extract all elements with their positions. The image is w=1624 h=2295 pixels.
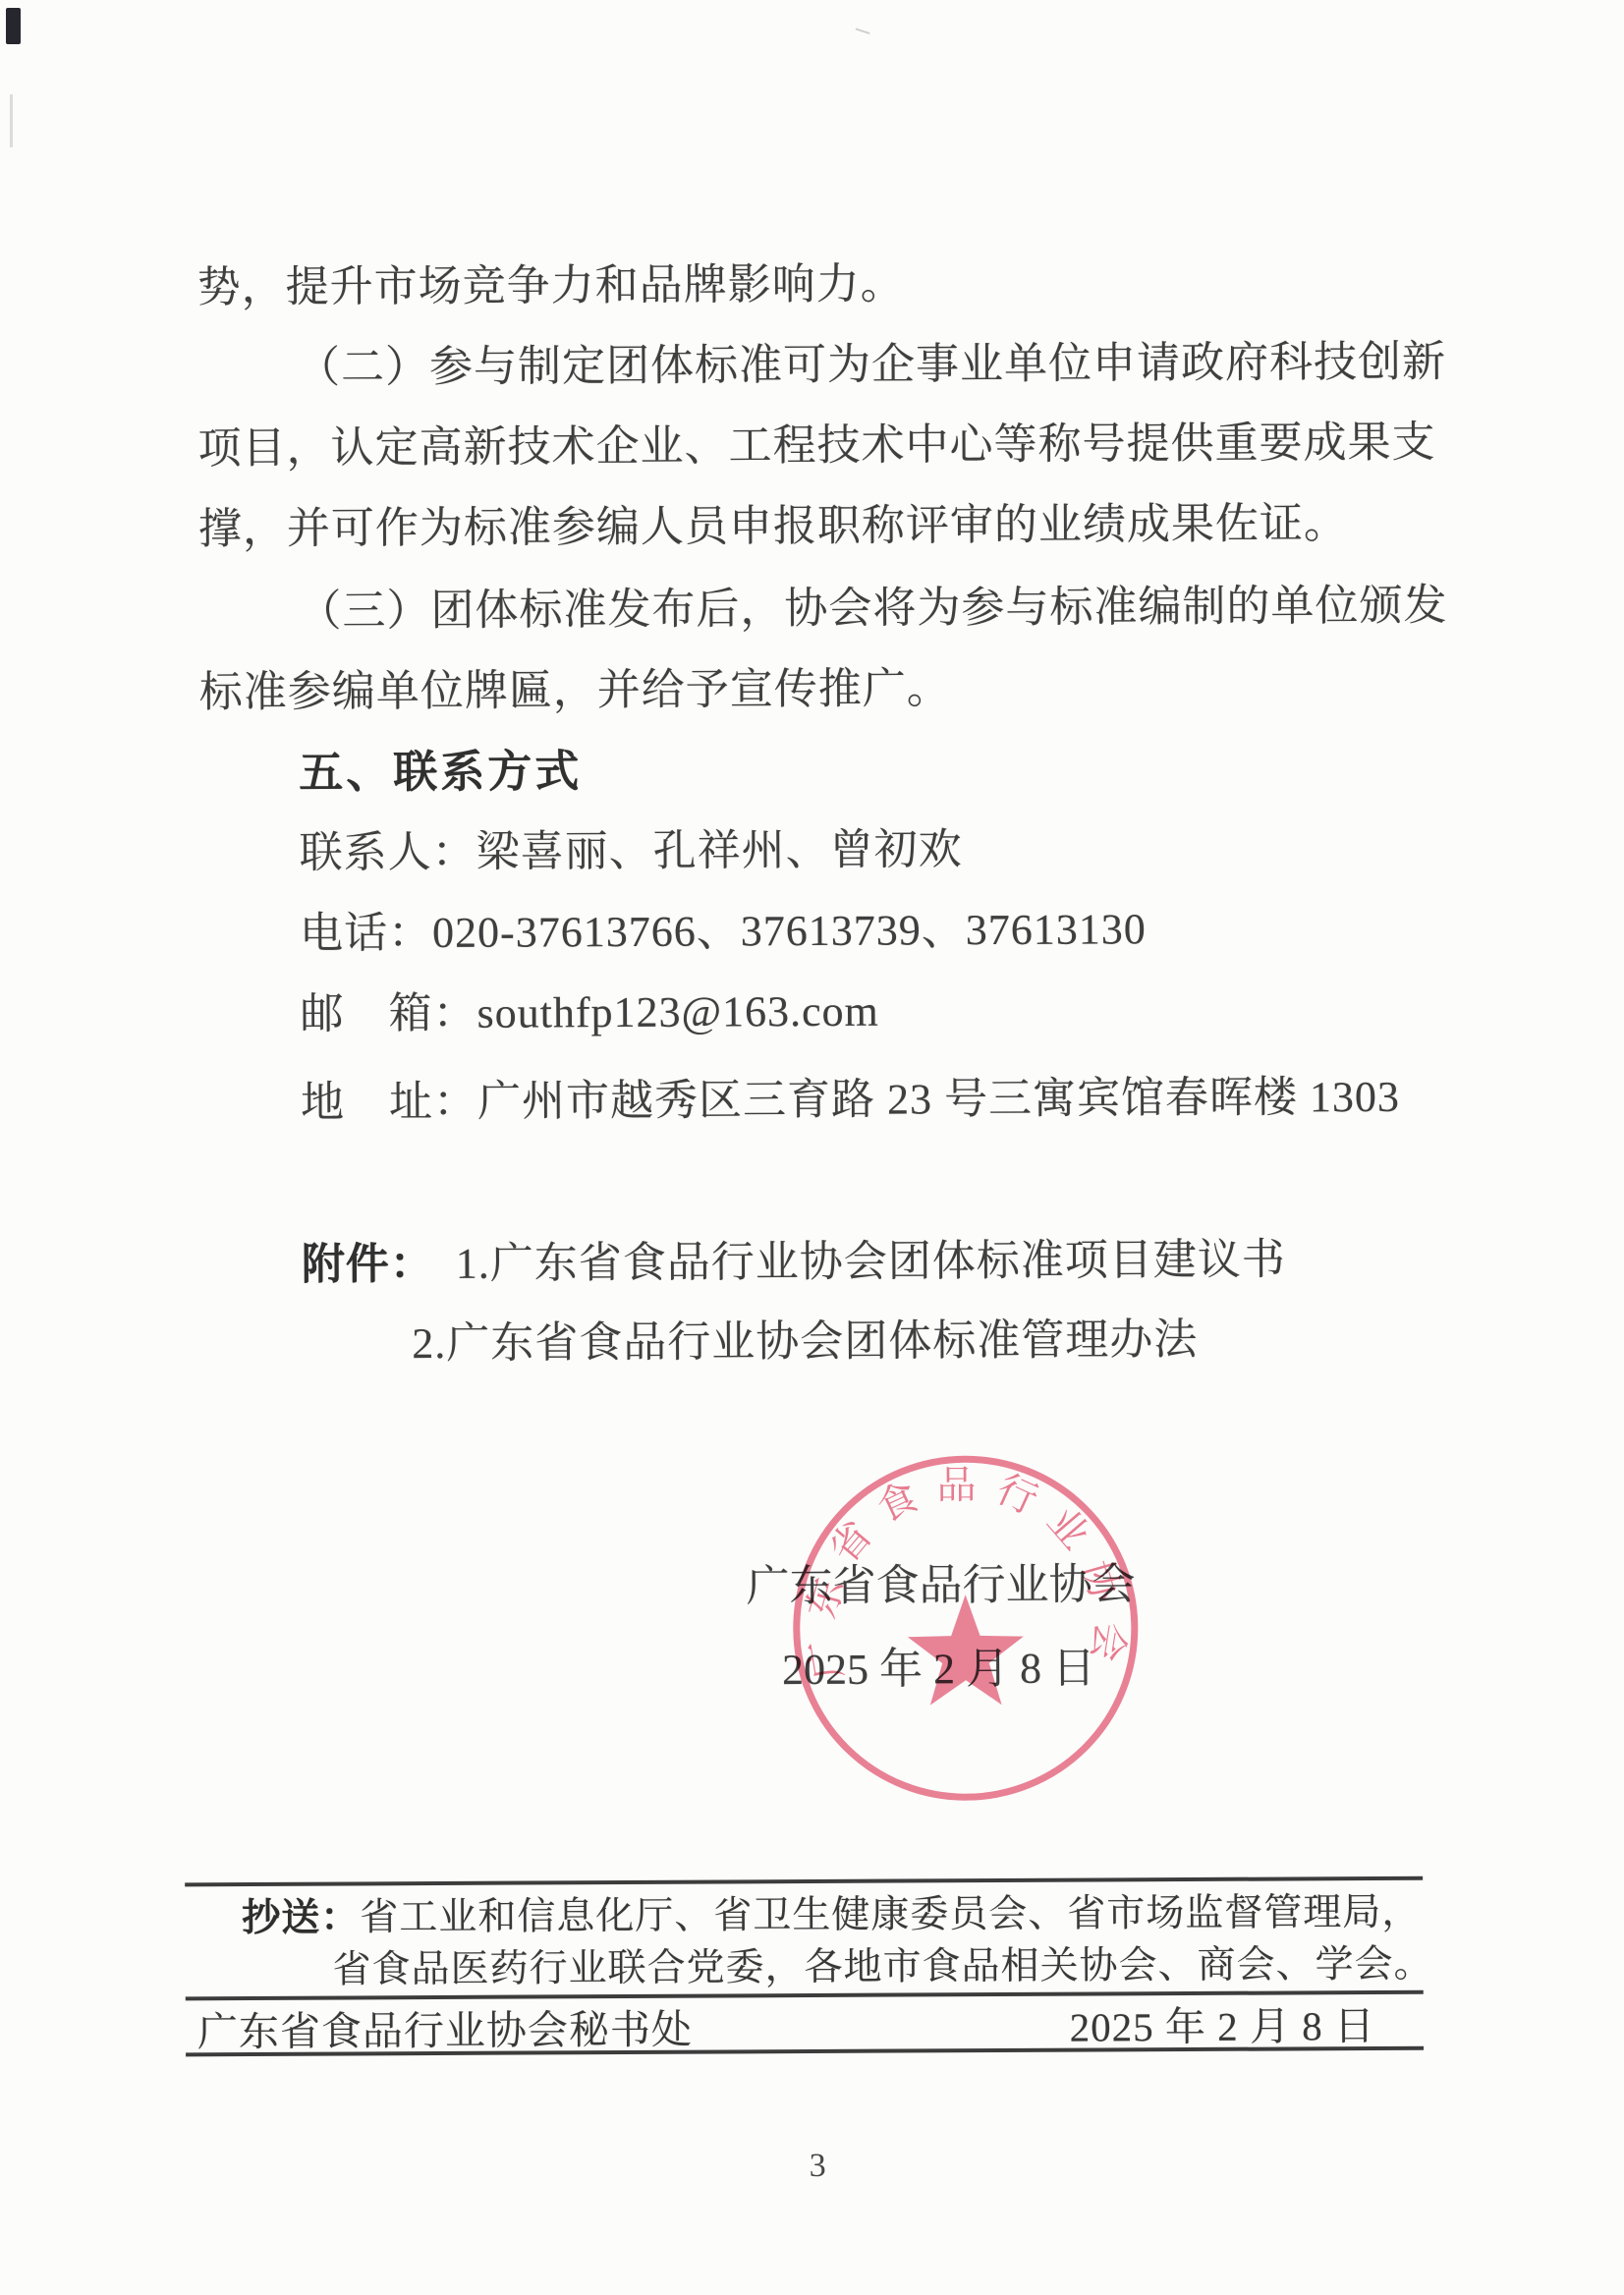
- contact-phone-line: 电话：020-37613766、37613739、37613130: [300, 904, 1147, 960]
- document-page: 势，提升市场竞争力和品牌影响力。 （二）参与制定团体标准可为企事业单位申请政府科…: [0, 0, 1624, 2295]
- contact-address-line: 地 址：广州市越秀区三育路 23 号三寓宾馆春晖楼 1303: [301, 1072, 1400, 1129]
- contact-email-line: 邮 箱：southfp123@163.com: [300, 986, 879, 1040]
- page-number: 3: [6, 2144, 1624, 2190]
- issuer-name: 广东省食品行业协会秘书处: [197, 2008, 693, 2054]
- cc-line: 抄送：省工业和信息化厅、省卫生健康委员会、省市场监督管理局，: [242, 1891, 1421, 1940]
- attachments-label: 附件：: [302, 1240, 434, 1289]
- attachments-line: 附件：1.广东省食品行业协会团体标准项目建议书: [302, 1234, 1286, 1290]
- issue-date: 2025 年 2 月 8 日: [1070, 2004, 1375, 2049]
- cc-recipients: 省工业和信息化厅、省卫生健康委员会、省市场监督管理局，: [360, 1891, 1421, 1939]
- body-text-line: （三）团体标准发布后，协会将为参与标准编制的单位颁发: [298, 581, 1447, 638]
- body-text-line: （二）参与制定团体标准可为企事业单位申请政府科技创新: [297, 337, 1446, 394]
- attachment-item: 2.广东省食品行业协会团体标准管理办法: [412, 1315, 1198, 1370]
- body-text-line: 项目，认定高新技术企业、工程技术中心等称号提供重要成果支: [197, 418, 1435, 476]
- star-icon: [908, 1595, 1025, 1706]
- attachment-item: 1.广东省食品行业协会团体标准项目建议书: [456, 1235, 1286, 1287]
- scan-artifact: [10, 94, 13, 147]
- body-text-line: 撑，并可作为标准参编人员申报职称评审的业绩成果佐证。: [198, 498, 1348, 555]
- official-seal: 广东省食品行业协会: [768, 1430, 1163, 1825]
- body-text-line: 势，提升市场竞争力和品牌影响力。: [197, 258, 905, 313]
- footer-rule-top: [185, 1876, 1423, 1887]
- section-heading-contact: 五、联系方式: [299, 746, 582, 799]
- cc-label: 抄送：: [242, 1896, 360, 1939]
- scan-artifact: [6, 8, 21, 44]
- scanned-content: 势，提升市场竞争力和品牌影响力。 （二）参与制定团体标准可为企事业单位申请政府科…: [0, 0, 1624, 2295]
- cc-line: 省食品医药行业联合党委，各地市食品相关协会、商会、学会。: [333, 1943, 1433, 1992]
- contact-person-line: 联系人：梁喜丽、孔祥州、曾初欢: [300, 824, 963, 879]
- body-text-line: 标准参编单位牌匾，并给予宣传推广。: [199, 663, 951, 718]
